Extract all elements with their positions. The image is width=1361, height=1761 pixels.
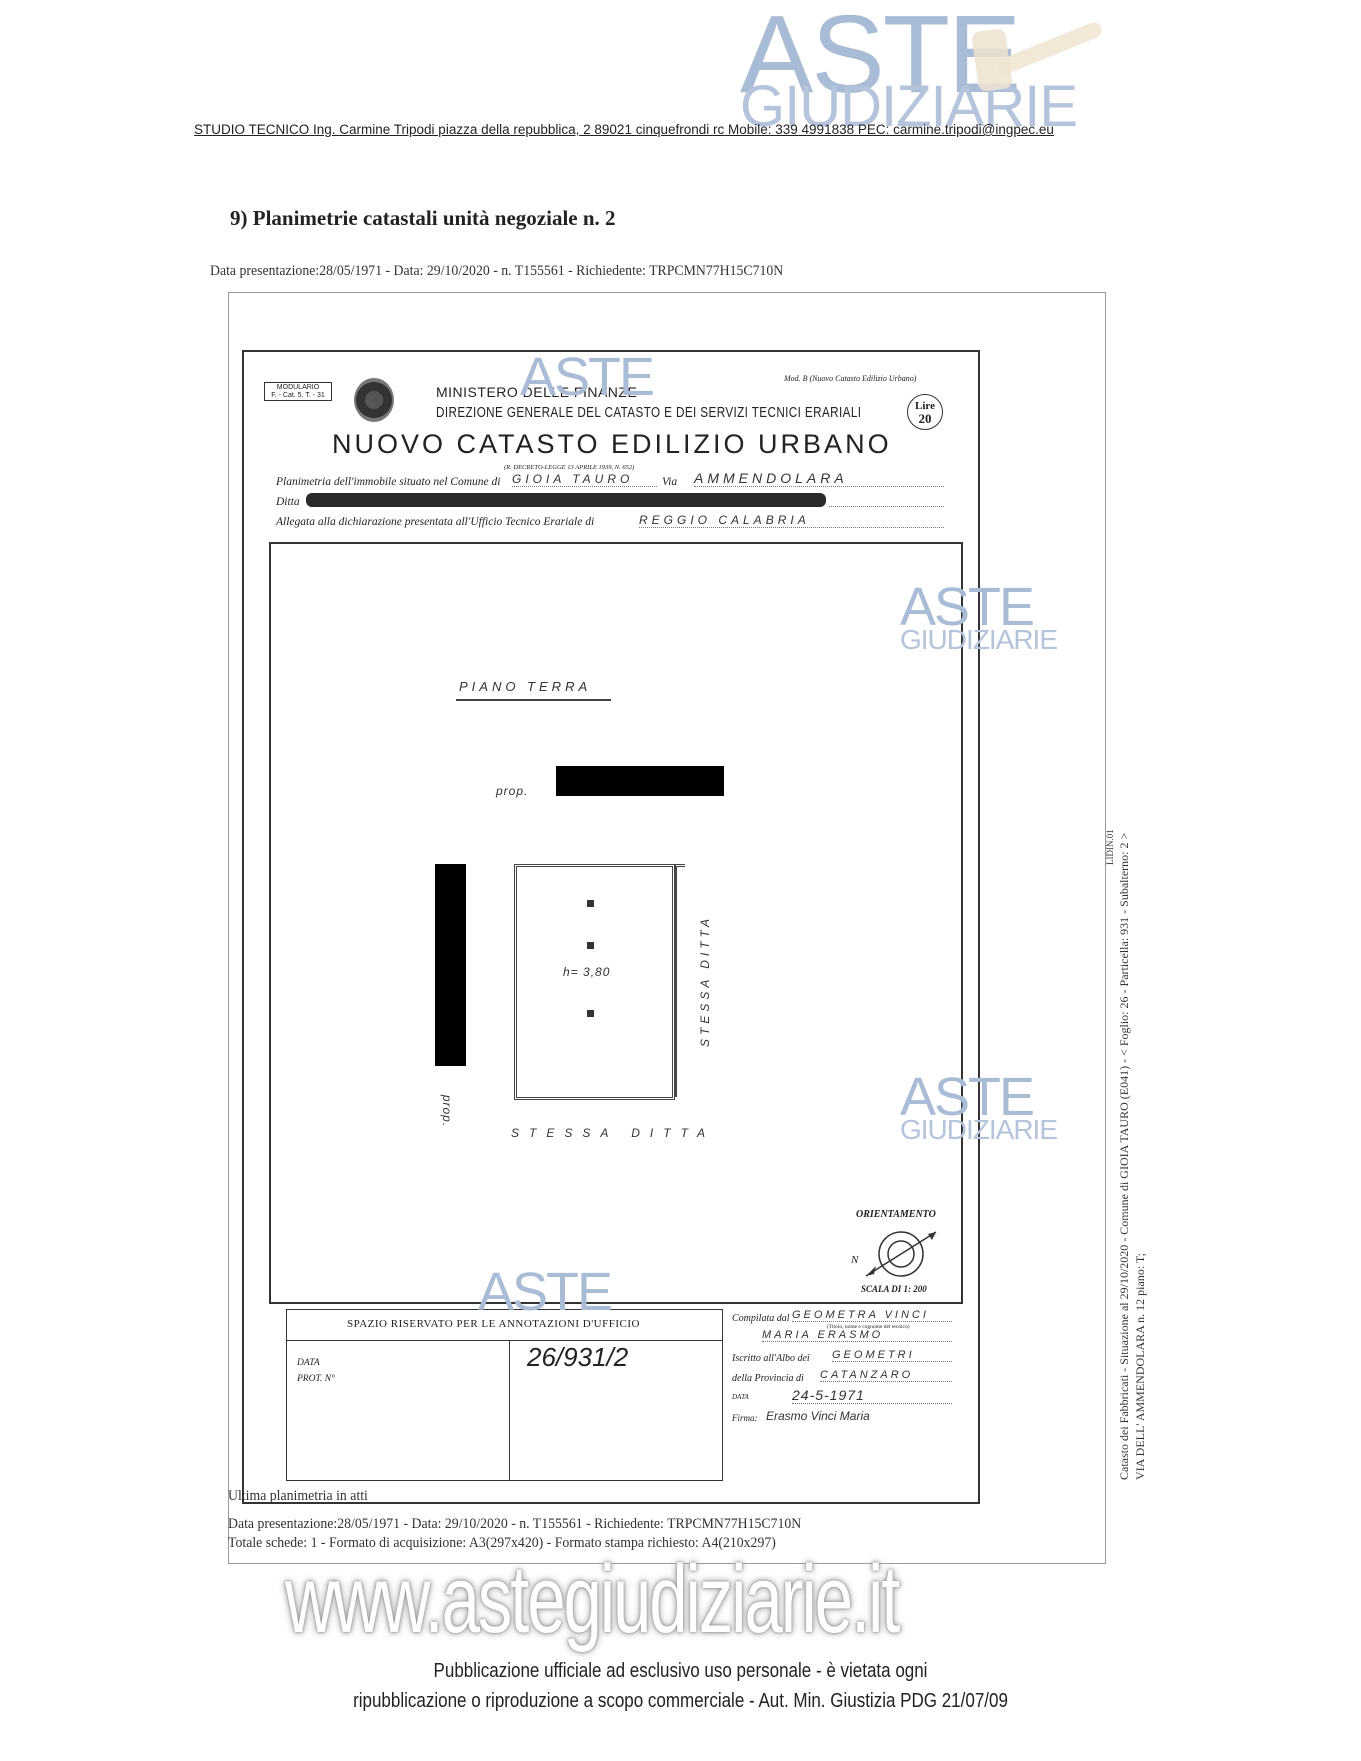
scan-watermark-1: ASTE [520,350,653,404]
room-adjacent-wall [675,864,685,1097]
prop-left-redacted [435,864,466,1066]
modulario-label: MODULARIO [268,384,328,392]
iscritto-value: GEOMETRI [832,1349,952,1362]
ufficio-value: REGGIO CALABRIA [639,513,944,528]
pillar-3 [587,1010,594,1017]
right-neighbor-label: STESSA DITTA [698,915,712,1047]
room-opening [541,1088,641,1096]
prop-left-label: prop. [440,1095,454,1127]
state-emblem-icon [354,378,394,422]
section-title: 9) Planimetrie catastali unità negoziale… [230,206,616,231]
compilata-label: Compilata dal [732,1313,790,1324]
office-reference: 26/931/2 [527,1342,628,1373]
compiler-date-label: DATA [732,1393,749,1401]
office-annotations-box: SPAZIO RISERVATO PER LE ANNOTAZIONI D'UF… [286,1309,723,1481]
ditta-redacted [306,493,826,507]
modulario-code: F. - Cat. 5. T. - 31 [268,392,328,400]
ditta-line [829,506,944,507]
orientation-label: ORIENTAMENTO [856,1209,936,1220]
form-title: NUOVO CATASTO EDILIZIO URBANO [332,429,892,460]
floor-label: PIANO TERRA [459,679,591,694]
office-prot-label: PROT. N° [297,1374,335,1384]
ditta-label: Ditta [276,496,300,508]
compiler-block: Compilata dal GEOMETRA VINCI (Titolo, no… [732,1307,972,1477]
modulario-box: MODULARIO F. - Cat. 5. T. - 31 [264,382,332,401]
floor-plan-area: PIANO TERRA prop. prop. h= 3,80 STESSA D… [269,542,963,1304]
request-meta-top: Data presentazione:28/05/1971 - Data: 29… [210,263,783,280]
cadastral-form: MODULARIO F. - Cat. 5. T. - 31 MINISTERO… [242,350,980,1504]
side-small-code: LIDIN.01 [1105,829,1115,865]
north-label: N [851,1254,858,1266]
bottom-neighbor-label: STESSA DITTA [511,1126,715,1140]
via-value: AMMENDOLARA [694,470,944,487]
compiler-name-value: MARIA ERASMO [762,1329,952,1342]
scan-watermark-aste: ASTE [478,1265,611,1319]
office-data-label: DATA [297,1358,320,1368]
pillar-1 [587,900,594,907]
mod-label: Mod. B (Nuovo Catasto Edilizio Urbano) [784,374,916,383]
compiler-date-value: 24-5-1971 [792,1387,952,1404]
scale-label: SCALA DI 1: 200 [861,1284,927,1294]
allegata-label: Allegata alla dichiarazione presentata a… [276,516,594,528]
room-outline [514,864,675,1100]
provincia-value: CATANZARO [820,1369,952,1382]
north-arrow-icon [856,1224,946,1284]
planimetria-label: Planimetria dell'immobile situato nel Co… [276,476,500,488]
prop-top-redacted [556,766,724,796]
decree-label: (R. DECRETO-LEGGE 13 APRILE 1939, N. 652… [504,464,634,471]
top-watermark: ASTE GIUDIZIARIE [740,0,1070,130]
comune-value: GIOIA TAURO [512,472,657,487]
floor-label-underline [456,699,611,701]
prop-top-label: prop. [496,784,528,798]
provincia-label: della Provincia di [732,1373,804,1384]
lire-value: 20 [908,412,942,425]
compilata-value: GEOMETRA VINCI [792,1309,952,1322]
via-label: Via [662,476,677,488]
studio-header: STUDIO TECNICO Ing. Carmine Tripodi piaz… [194,122,1054,137]
scan-watermark-giudiziarie: GIUDIZIARIE [900,1116,1057,1144]
side-cadastral-info: Catasto dei Fabbricati - Situazione al 2… [1117,833,1132,1480]
url-watermark: www.astegiudiziarie.it [285,1545,898,1655]
firma-label: Firma: [732,1413,758,1423]
scan-watermark-2: ASTE GIUDIZIARIE [900,580,1057,654]
scan-watermark-4: ASTE [478,1265,611,1319]
bottom-meta-line-1: Data presentazione:28/05/1971 - Data: 29… [228,1516,801,1533]
scan-watermark-aste: ASTE [520,350,653,404]
firma-value: Erasmo Vinci Maria [766,1409,870,1423]
office-divider [287,1340,722,1341]
footer-line-1: Pubblicazione ufficiale ad esclusivo uso… [102,1660,1259,1683]
ultima-planimetria: Ultima planimetria in atti [228,1488,368,1505]
scan-watermark-3: ASTE GIUDIZIARIE [900,1070,1057,1144]
scan-watermark-giudiziarie: GIUDIZIARIE [900,626,1057,654]
office-vertical-divider [509,1340,510,1480]
footer-line-2: ripubblicazione o riproduzione a scopo c… [102,1690,1259,1713]
pillar-2 [587,942,594,949]
side-address: VIA DELL' AMMENDOLARA n. 12 piano: T; [1133,1253,1148,1480]
height-label: h= 3,80 [563,965,610,979]
lire-stamp: Lire 20 [907,394,943,430]
iscritto-label: Iscritto all'Albo dei [732,1353,810,1364]
